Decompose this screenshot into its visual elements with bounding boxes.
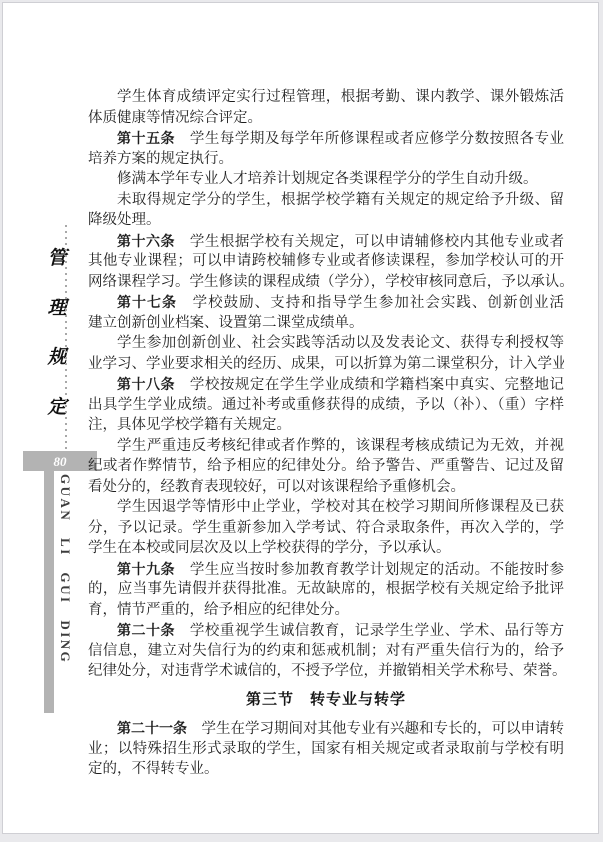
article-number: 第十六条 <box>117 233 175 249</box>
body-line: 降级处理。 <box>88 210 564 231</box>
body-line: 第十六条 学生根据学校有关规定，可以申请辅修校内其他专业或者选修 <box>88 231 564 252</box>
body-line: 业学习、学业要求相关的经历、成果，可以折算为第二课堂积分，计入学业成绩。 <box>88 354 564 375</box>
body-line: 建立创新创业档案、设置第二课堂成绩单。 <box>88 313 564 334</box>
article-number: 第十九条 <box>117 561 175 577</box>
body-line: 第十九条 学生应当按时参加教育教学计划规定的活动。不能按时参加 <box>88 559 564 580</box>
body-line: 未取得规定学分的学生，根据学校学籍有关规定的规定给予升级、留级或 <box>88 190 564 211</box>
dotted-divider <box>65 225 67 449</box>
sidebar-title-char: 定 <box>47 398 66 417</box>
body-line: 看处分的，经教育表现较好，可以对该课程给予重修机会。 <box>88 477 564 498</box>
body-line: 出具学生学业成绩。通过补考或重修获得的成绩，予以（补）、（重）字样标 <box>88 395 564 416</box>
document-viewport: 管 理 规 定 80 GUAN LI GUI DING 学生体育成绩评定实行过程… <box>0 0 603 842</box>
article-number: 第二十条 <box>117 622 175 638</box>
body-line: 的，应当事先请假并获得批准。无故缺席的，根据学校有关规定给予批评教 <box>88 579 564 600</box>
body-line: 第二十一条 学生在学习期间对其他专业有兴趣和专长的，可以申请转专 <box>88 718 564 739</box>
article-number: 第十七条 <box>117 294 177 310</box>
body-line: 修满本学年专业人才培养计划规定各类课程学分的学生自动升级。 <box>88 169 564 190</box>
body-line: 第二十条 学校重视学生诚信教育，记录学生学业、学术、品行等方面的诚 <box>88 620 564 641</box>
body-line: 第十七条 学校鼓励、支持和指导学生参加社会实践、创新创业活动，并 <box>88 292 564 313</box>
body-line: 信信息，建立对失信行为的约束和惩戒机制；对有严重失信行为的，给予相应的 <box>88 641 564 662</box>
body-line: 分，予以记录。学生重新参加入学考试、符合录取条件，再次入学的，学校对 <box>88 518 564 539</box>
page-number-badge: 80 <box>23 451 97 471</box>
body-line: 定的，不得转专业。 <box>88 759 564 780</box>
body-line: 纪或者作弊情节，给予相应的纪律处分。给予警告、严重警告、记过及留校察 <box>88 456 564 477</box>
body-line: 纪律处分，对违背学术诚信的，不授予学位，并撤销相关学术称号、荣誉。 <box>88 661 564 682</box>
sidebar-title-char: 管 <box>47 249 66 268</box>
sidebar-title-char: 规 <box>47 348 66 367</box>
body-line: 其他专业课程；可以申请跨校辅修专业或者修读课程，参加学校认可的开放式 <box>88 251 564 272</box>
body-line: 学生因退学等情形中止学业，学校对其在校学习期间所修课程及已获得学 <box>88 497 564 518</box>
article-number: 第十五条 <box>117 130 175 146</box>
body-line: 育，情节严重的，给予相应的纪律处分。 <box>88 600 564 621</box>
sidebar-title-char: 理 <box>47 299 66 318</box>
body-line: 学生体育成绩评定实行过程管理，根据考勤、课内教学、课外锻炼活动和 <box>88 87 564 108</box>
body-line: 体质健康等情况综合评定。 <box>88 108 564 129</box>
sidebar-pinyin-vertical: GUAN LI GUI DING <box>57 474 74 649</box>
sidebar-ribbon-bar <box>44 471 54 713</box>
body-line: 学生参加创新创业、社会实践等活动以及发表论文、获得专利授权等与专 <box>88 333 564 354</box>
body-line: 注，具体见学校学籍有关规定。 <box>88 415 564 436</box>
document-body: 学生体育成绩评定实行过程管理，根据考勤、课内教学、课外锻炼活动和体质健康等情况综… <box>88 87 564 780</box>
body-line: 培养方案的规定执行。 <box>88 149 564 170</box>
body-line: 第十五条 学生每学期及每学年所修课程或者应修学分数按照各专业人才 <box>88 128 564 149</box>
article-number: 第二十一条 <box>117 720 187 736</box>
body-line: 业；以特殊招生形式录取的学生，国家有相关规定或者录取前与学校有明确约 <box>88 739 564 760</box>
body-line: 学生严重违反考核纪律或者作弊的，该课程考核成绩记为无效，并视其违 <box>88 436 564 457</box>
section-heading: 第三节 转专业与转学 <box>88 690 564 711</box>
page-number: 80 <box>54 455 67 468</box>
body-line: 网络课程学习。学生修读的课程成绩（学分），学校审核同意后，予以承认。 <box>88 272 564 293</box>
body-line: 第十八条 学校按规定在学生学业成绩和学籍档案中真实、完整地记载、 <box>88 374 564 395</box>
body-line: 学生在本校或同层次及以上学校获得的学分，予以承认。 <box>88 538 564 559</box>
article-number: 第十八条 <box>117 376 175 392</box>
page: 管 理 规 定 80 GUAN LI GUI DING 学生体育成绩评定实行过程… <box>2 2 599 834</box>
